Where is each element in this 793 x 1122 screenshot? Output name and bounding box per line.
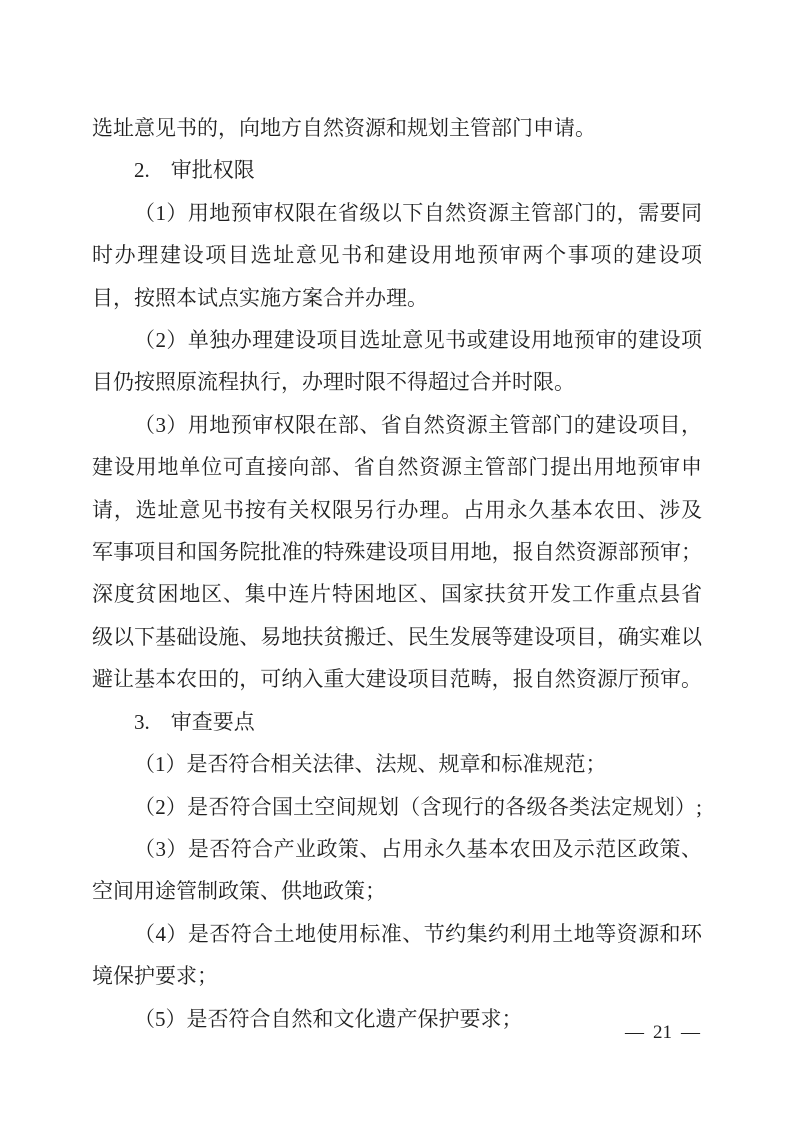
text-line: （3）是否符合产业政策、占用永久基本农田及示范区政策、 — [92, 828, 702, 870]
text-line: 请，选址意见书按有关权限另行办理。占用永久基本农田、涉及 — [92, 489, 702, 531]
text-line: 军事项目和国务院批准的特殊建设项目用地，报自然资源部预审； — [92, 531, 702, 573]
text-line: 时办理建设项目选址意见书和建设用地预审两个事项的建设项 — [92, 234, 702, 276]
text-line: 选址意见书的，向地方自然资源和规划主管部门申请。 — [92, 107, 702, 149]
text-line: 避让基本农田的，可纳入重大建设项目范畴，报自然资源厅预审。 — [92, 658, 702, 700]
page-number-dash-left: — — [625, 1022, 644, 1044]
text-line: （3）用地预审权限在部、省自然资源主管部门的建设项目， — [92, 404, 702, 446]
page-number-dash-right: — — [681, 1022, 700, 1044]
text-line: 深度贫困地区、集中连片特困地区、国家扶贫开发工作重点县省 — [92, 573, 702, 615]
text-line: （5）是否符合自然和文化遗产保护要求； — [92, 998, 702, 1040]
page-body: 选址意见书的，向地方自然资源和规划主管部门申请。 2. 审批权限 （1）用地预审… — [92, 107, 702, 1040]
text-line: （1）是否符合相关法律、法规、规章和标准规范； — [92, 743, 702, 785]
section-heading: 2. 审批权限 — [92, 149, 702, 191]
text-line: 目，按照本试点实施方案合并办理。 — [92, 277, 702, 319]
text-line: 级以下基础设施、易地扶贫搬迁、民生发展等建设项目，确实难以 — [92, 616, 702, 658]
page-number: — 21 — — [625, 1022, 700, 1044]
text-line: 境保护要求； — [92, 955, 702, 997]
text-line: （2）是否符合国土空间规划（含现行的各级各类法定规划）; — [92, 786, 702, 828]
document-page: 选址意见书的，向地方自然资源和规划主管部门申请。 2. 审批权限 （1）用地预审… — [0, 0, 793, 1122]
page-number-value: 21 — [653, 1022, 672, 1044]
text-line: 目仍按照原流程执行，办理时限不得超过合并时限。 — [92, 361, 702, 403]
text-line: （4）是否符合土地使用标准、节约集约利用土地等资源和环 — [92, 913, 702, 955]
text-line: 建设用地单位可直接向部、省自然资源主管部门提出用地预审申 — [92, 446, 702, 488]
section-heading: 3. 审查要点 — [92, 701, 702, 743]
text-line: （2）单独办理建设项目选址意见书或建设用地预审的建设项 — [92, 319, 702, 361]
text-line: （1）用地预审权限在省级以下自然资源主管部门的，需要同 — [92, 192, 702, 234]
text-line: 空间用途管制政策、供地政策； — [92, 870, 702, 912]
